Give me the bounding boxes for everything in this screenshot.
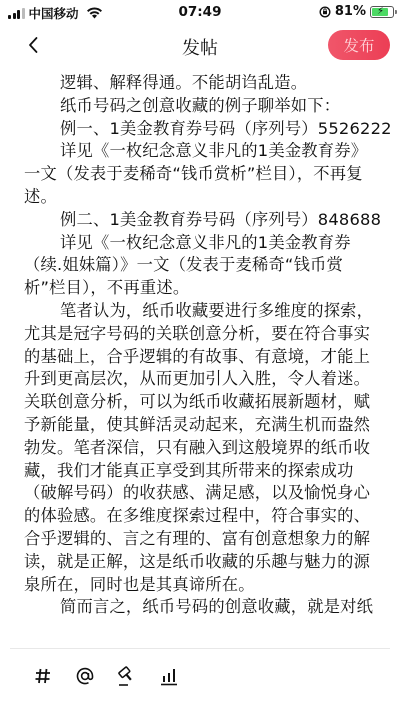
nav-bar: 发帖 发布 xyxy=(0,26,400,66)
hashtag-icon xyxy=(34,667,52,685)
battery-charging-icon: ⚡ xyxy=(370,6,394,18)
mention-button[interactable] xyxy=(74,664,96,688)
publish-button[interactable]: 发布 xyxy=(328,30,390,60)
poll-button[interactable] xyxy=(158,664,180,688)
hashtag-button[interactable] xyxy=(32,664,54,688)
status-bar: 中国移动 07:49 81% ⚡ xyxy=(0,0,400,24)
post-text-line: 详见《一枚纪念意义非凡的1美金教育券》 xyxy=(24,140,374,163)
post-text-line: 笔者认为，纸币收藏要进行多维度的探索， xyxy=(24,300,374,323)
post-text-line: 例一、1美金教育券号码（序列号）5526222 xyxy=(24,118,374,141)
post-text-line: （续.姐妹篇）》一文（发表于麦稀奇“钱币赏 xyxy=(24,254,374,277)
post-text-line: （破解号码）的收获感、满足感，以及愉悦身心 xyxy=(24,482,374,505)
post-text-line: 简而言之，纸币号码的创意收藏，就是对纸 xyxy=(24,596,374,619)
editor-toolbar xyxy=(32,664,180,688)
battery-percent: 81% xyxy=(335,4,366,19)
post-text-line: 尤其是冠字号码的关联创意分析，要在符合事实 xyxy=(24,323,374,346)
post-text-line: 纸币号码之创意收藏的例子聊举如下： xyxy=(24,95,374,118)
rotation-lock-icon xyxy=(319,6,331,18)
post-text-line: 述。 xyxy=(24,186,374,209)
toolbar-divider xyxy=(10,648,390,649)
post-text-line: 一文（发表于麦稀奇“钱币赏析”栏目），不再复 xyxy=(24,163,374,186)
post-editor[interactable]: 逻辑、解释得通。不能胡诌乱造。纸币号码之创意收藏的例子聊举如下：例一、1美金教育… xyxy=(24,72,374,619)
poll-chart-icon xyxy=(160,666,178,686)
post-text-line: 读，就是正解，这是纸币收藏的乐趣与魅力的源 xyxy=(24,551,374,574)
post-text-line: 例二、1美金教育券号码（序列号）848688 xyxy=(24,209,374,232)
post-text-line: 详见《一枚纪念意义非凡的1美金教育券 xyxy=(24,232,374,255)
post-text-line: 析”栏目），不再重述。 xyxy=(24,277,374,300)
mention-icon xyxy=(75,666,95,686)
post-text-line: 逻辑、解释得通。不能胡诌乱造。 xyxy=(24,72,374,95)
post-text-line: 的体验感。在多维度探索过程中，符合事实的、 xyxy=(24,505,374,528)
auction-hammer-icon xyxy=(117,665,137,687)
post-text-line: 合乎逻辑的、言之有理的、富有创意想象力的解 xyxy=(24,528,374,551)
status-right: 81% ⚡ xyxy=(319,4,394,19)
post-text-line: 藏，我们才能真正享受到其所带来的探索成功 xyxy=(24,460,374,483)
post-text-line: 泉所在，同时也是其真谛所在。 xyxy=(24,574,374,597)
post-text-line: 勃发。笔者深信，只有融入到这般境界的纸币收 xyxy=(24,437,374,460)
post-text-line: 关联创意分析，可以为纸币收藏拓展新题材，赋 xyxy=(24,391,374,414)
post-text-line: 的基础上，合乎逻辑的有故事、有意境，才能上 xyxy=(24,346,374,369)
post-text-line: 升到更高层次，从而更加引人入胜，令人着迷。 xyxy=(24,368,374,391)
auction-button[interactable] xyxy=(116,664,138,688)
post-text-line: 予新能量，使其鲜活灵动起来，充满生机而盎然 xyxy=(24,414,374,437)
